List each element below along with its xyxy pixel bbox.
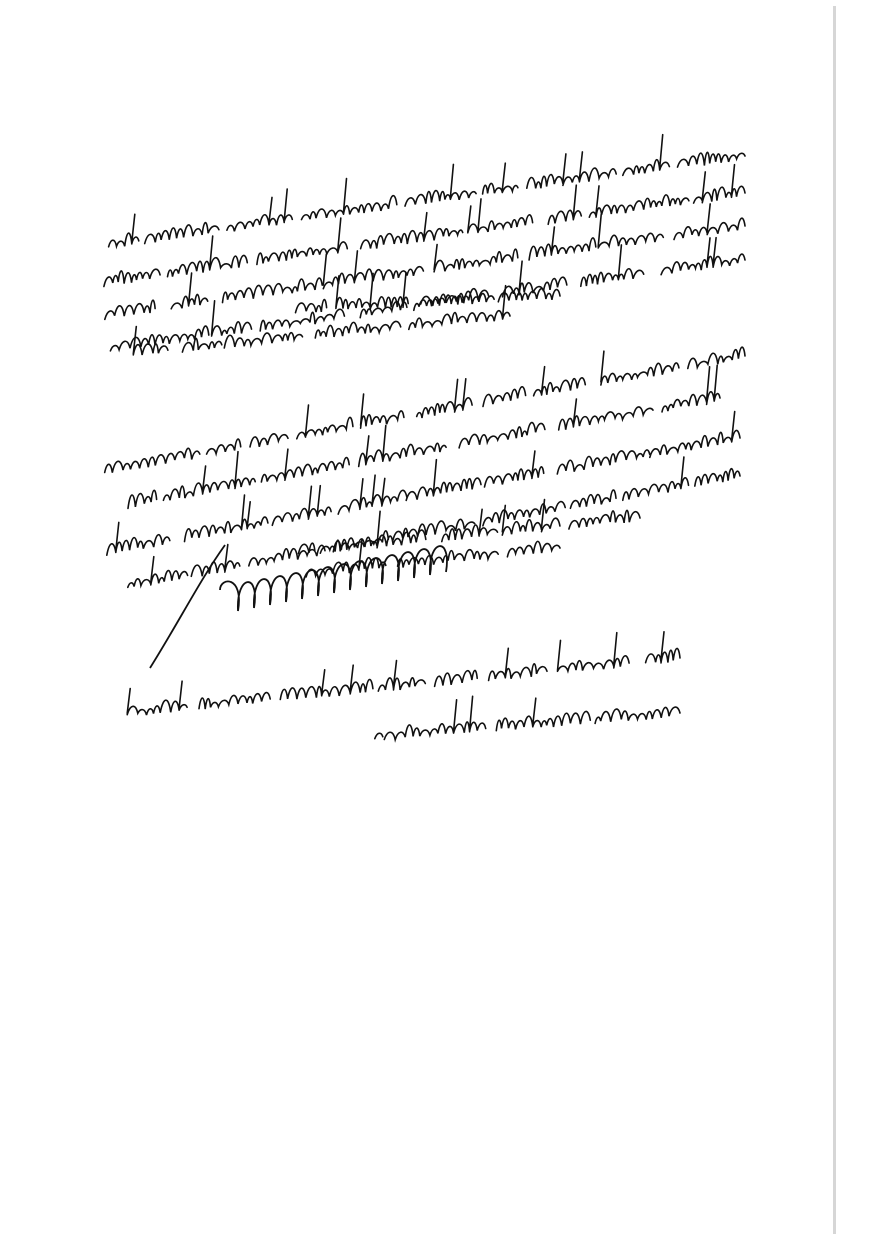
handwritten-line — [110, 238, 745, 351]
handwritten-line — [128, 457, 740, 587]
handwritten-line — [107, 412, 740, 556]
handwritten-line — [104, 165, 745, 287]
handwriting-layer — [0, 0, 874, 1240]
handwritten-line — [127, 632, 680, 716]
document-page: [illegible handwriting] [illegible handw… — [0, 0, 874, 1240]
handwritten-line — [306, 540, 560, 577]
handwritten-line — [375, 696, 680, 739]
handwritten-line — [109, 135, 745, 247]
